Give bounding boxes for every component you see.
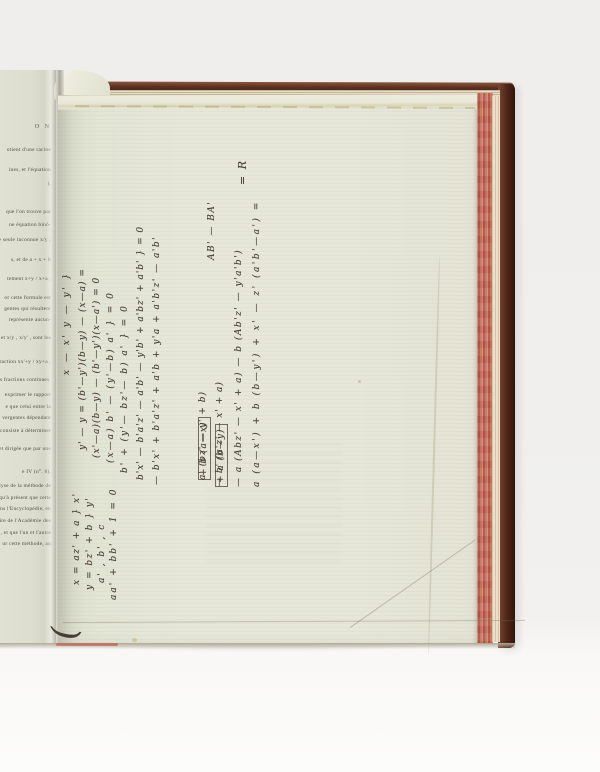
stain-spot xyxy=(132,638,137,642)
manuscript-line: a' , b' , c xyxy=(97,523,107,583)
manuscript-line: (x—a) b' — (y'—b) a' } = 0 xyxy=(106,291,116,463)
boxed-term: + b (a—x) xyxy=(198,418,211,481)
manuscript-line: b'x' — b'a'z' — a'b' — y'b' + a'bz' + a'… xyxy=(136,226,146,480)
photo-open-book: O Notient d'une racineines, et l'équatio… xyxy=(0,0,600,772)
book-cover-right-board xyxy=(498,84,515,648)
boxed-term: + a (b—y) xyxy=(215,425,228,488)
manuscript-line: aa' + bb' + 1 = 0 xyxy=(109,488,119,600)
manuscript-line: y = bz' + b } y' xyxy=(85,497,95,590)
blank-manuscript-page: x — x' y — y' }y' — y = (b'—y')(b—y) — (… xyxy=(58,95,477,644)
manuscript-line: (x'—a)(b—y) — (b'—y')(x—a') = 0 xyxy=(92,277,102,458)
red-stained-fore-edge xyxy=(477,93,493,644)
page-block-fore-edge xyxy=(492,96,500,642)
manuscript-line: b' + (y'— bz'— b) a' } = 0 xyxy=(120,304,130,473)
manuscript-line: — b'x' + b'a'z' + a'b + y'a + a'b'z' — a… xyxy=(152,236,162,485)
stain-spot xyxy=(358,380,361,383)
manuscript-line: a (a—x') + b (b—y') + x' — z' (a'b'—a') … xyxy=(252,200,262,487)
bottom-red-edge-hint xyxy=(56,643,118,646)
manuscript-line: AB' — BA' xyxy=(207,201,217,260)
manuscript-line: — a (Abz' — x' + a) — b (Ab'z' — y'a'b') xyxy=(234,249,244,487)
manuscript-line: ( xyxy=(60,625,70,640)
manuscript-line: x — x' y — y' } xyxy=(62,271,72,375)
manuscript-line: = R xyxy=(238,160,248,186)
manuscript-line: x = az' + a } x' xyxy=(72,492,82,585)
manuscript-line: y' — y = (b'—y')(b—y) — (x—a) = xyxy=(78,268,88,450)
